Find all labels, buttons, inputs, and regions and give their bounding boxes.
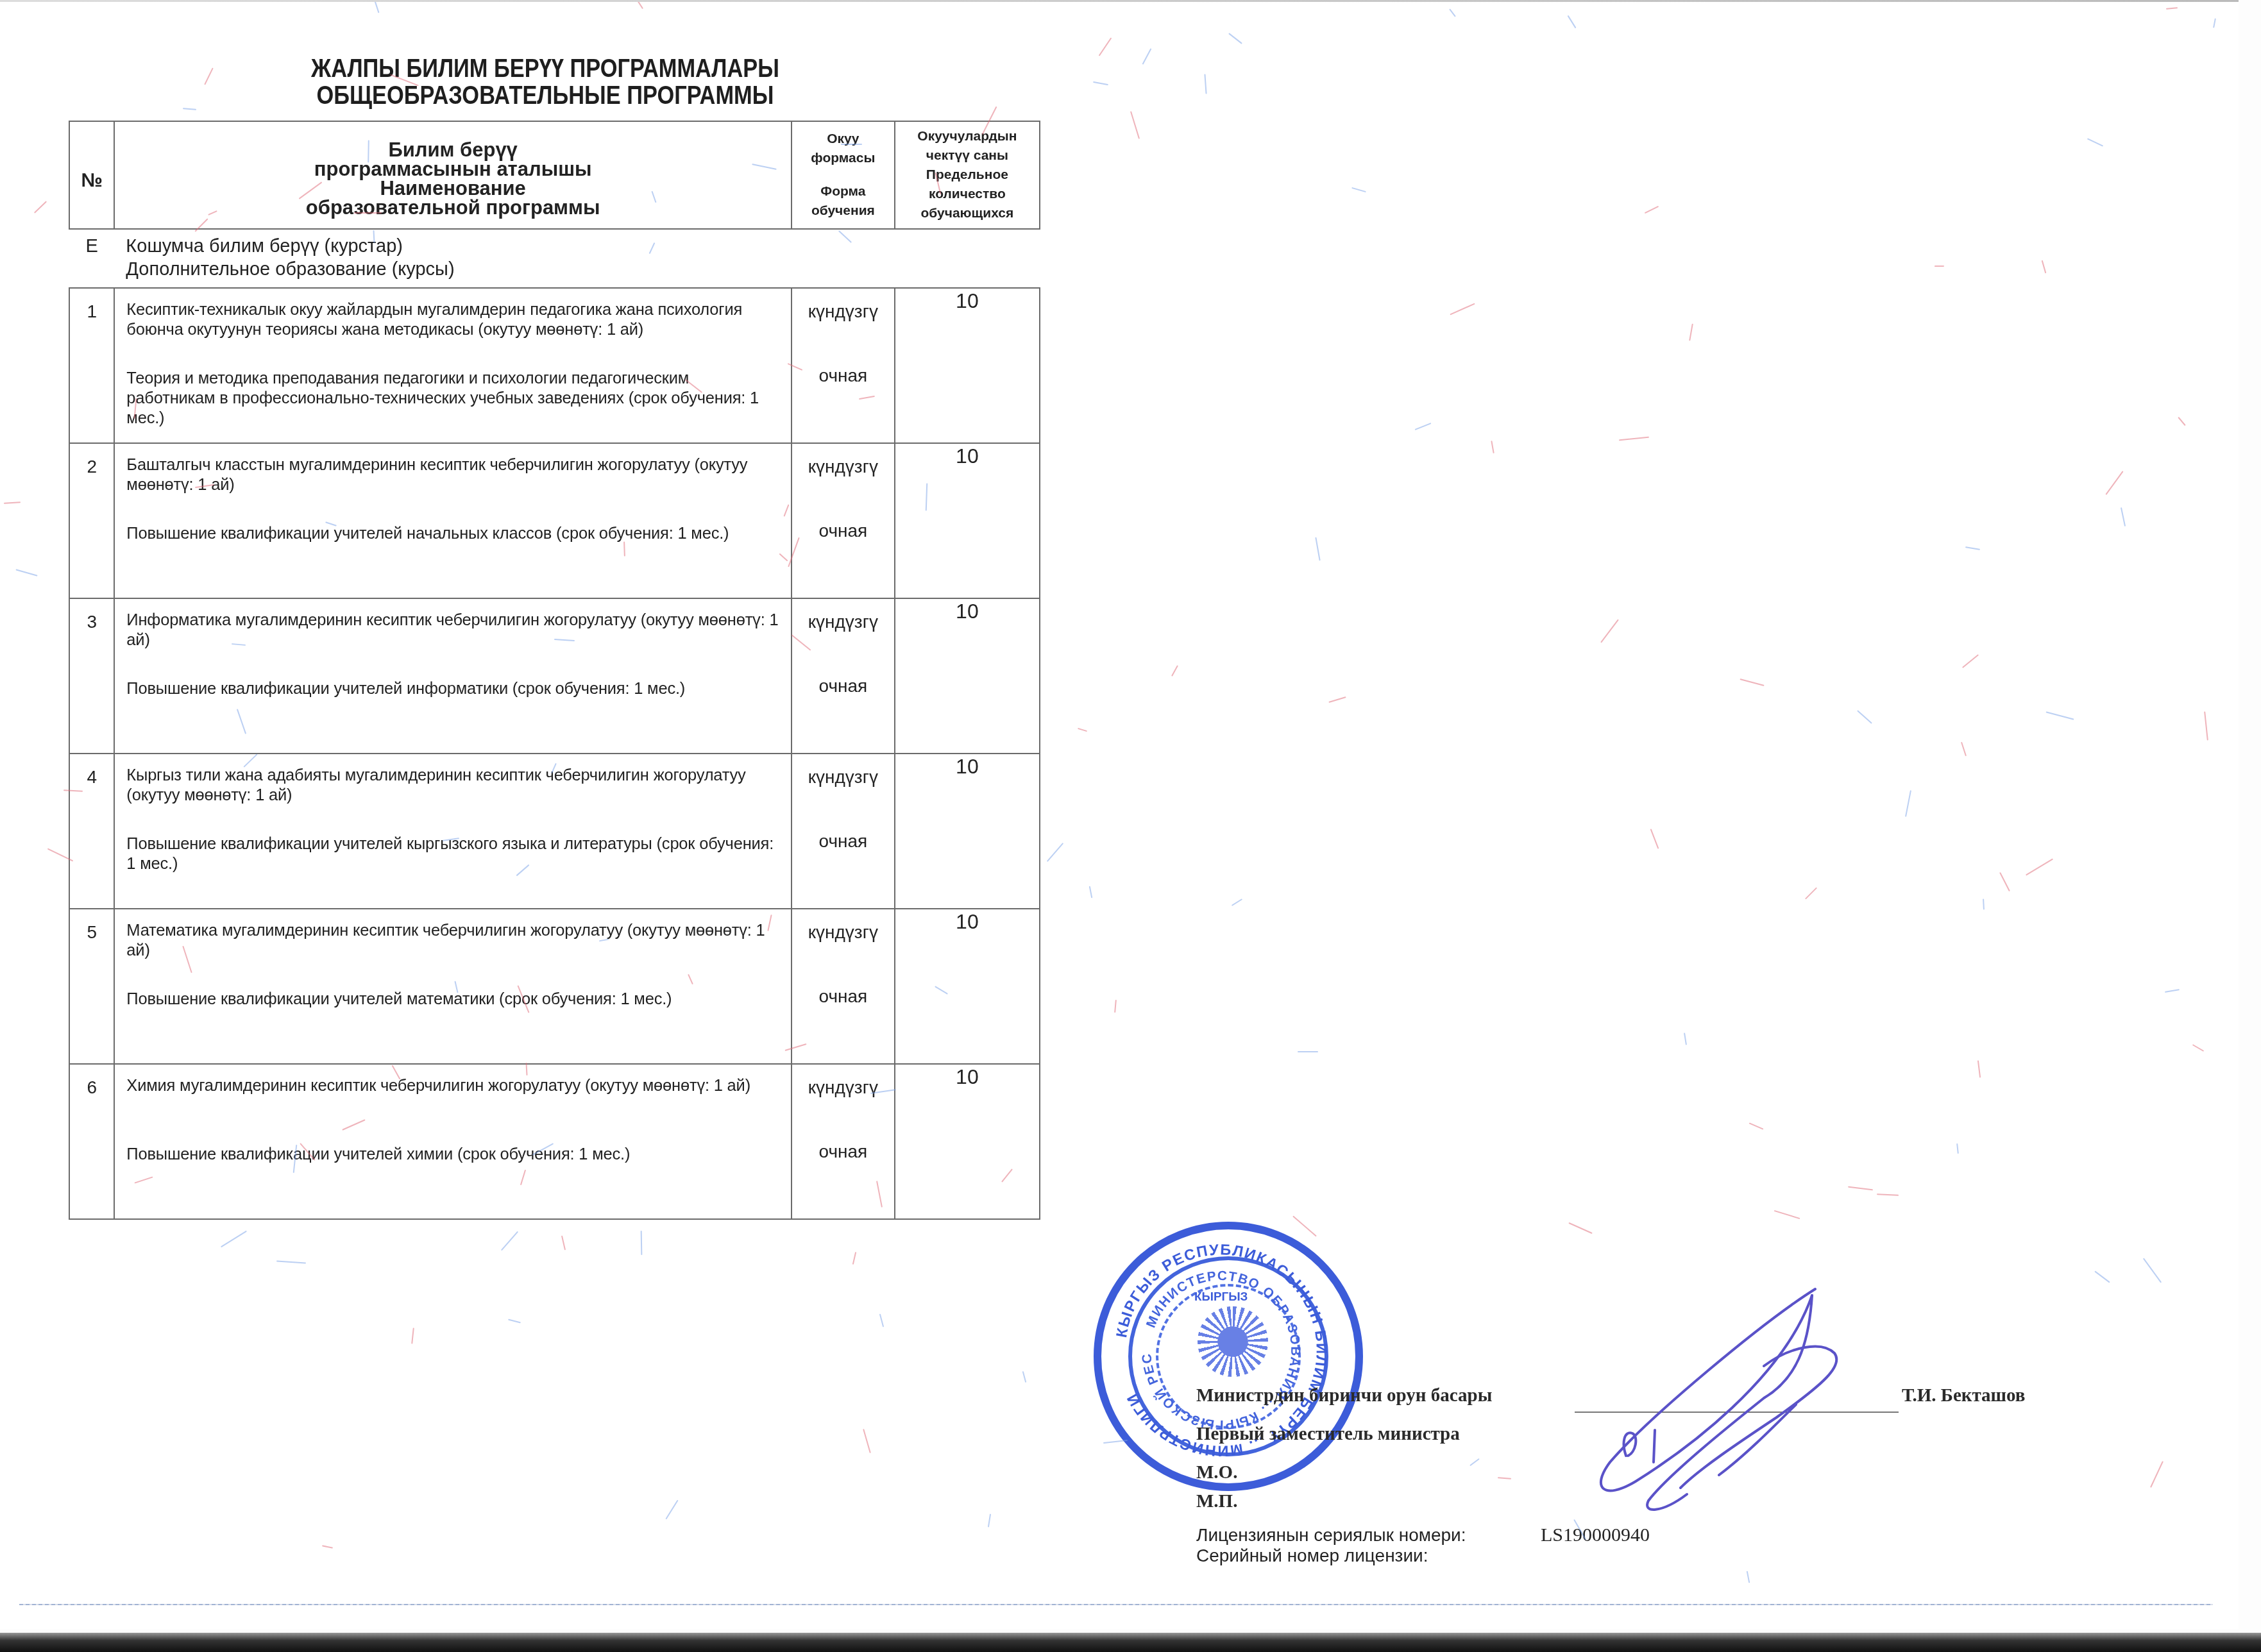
- study-form-ky: күндүзгү: [792, 922, 894, 943]
- header-study-form: Окуу формасы Форма обучения: [792, 121, 895, 229]
- student-limit: 10: [895, 754, 1040, 909]
- student-limit: 10: [895, 909, 1040, 1064]
- document-title: ЖАЛПЫ БИЛИМ БЕРҮҮ ПРОГРАММАЛАРЫ ОБЩЕОБРА…: [192, 55, 898, 109]
- programs-table: № Билим берүү программасынын аталышы Наи…: [69, 121, 1040, 1220]
- program-name-ky: Информатика мугалимдеринин кесиптик чебе…: [126, 611, 779, 671]
- study-form-ky: күндүзгү: [792, 457, 894, 477]
- header-student-limit: Окуучулардын чектүү саны Предельное коли…: [895, 121, 1040, 229]
- header-name-ru-1: Наименование: [115, 179, 791, 198]
- license-serial-block: Лицензиянын сериялык номери: Серийный но…: [1196, 1525, 1466, 1566]
- program-name-ru: Повышение квалификации учителей кыргызск…: [126, 834, 779, 874]
- row-number: 3: [69, 598, 114, 754]
- student-limit: 10: [895, 1064, 1040, 1219]
- program-name: Информатика мугалимдеринин кесиптик чебе…: [114, 598, 792, 754]
- study-form: күндүзгүочная: [792, 754, 895, 909]
- program-name-ru: Повышение квалификации учителей математи…: [126, 990, 779, 1009]
- license-appendix-page: ЖАЛПЫ БИЛИМ БЕРҮҮ ПРОГРАММАЛАРЫ ОБЩЕОБРА…: [0, 0, 2239, 1629]
- section-row: Е Кошумча билим берүү (курстар) Дополнит…: [69, 229, 1040, 288]
- header-form-ky-1: Окуу: [793, 130, 893, 149]
- study-form-ky: күндүзгү: [792, 301, 894, 322]
- scanner-shadow: [0, 1633, 2261, 1652]
- license-serial-label-ru: Серийный номер лицензии:: [1196, 1546, 1466, 1566]
- header-name-ky-1: Билим берүү: [115, 140, 791, 160]
- study-form-ru: очная: [792, 366, 894, 386]
- program-name: Кыргыз тили жана адабияты мугалимдеринин…: [114, 754, 792, 909]
- program-name-ru: Повышение квалификации учителей начальны…: [126, 524, 779, 544]
- table-row: 5Математика мугалимдеринин кесиптик чебе…: [69, 909, 1040, 1064]
- table-row: 4Кыргыз тили жана адабияты мугалимдерини…: [69, 754, 1040, 909]
- license-serial-number: LS190000940: [1541, 1525, 1650, 1546]
- handwritten-signature-icon: [1552, 1270, 1886, 1526]
- section-code: Е: [69, 229, 114, 288]
- license-serial-label-ky: Лицензиянын сериялык номери:: [1196, 1525, 1466, 1546]
- page-bottom-rule: [19, 1604, 2213, 1605]
- table-row: 3Информатика мугалимдеринин кесиптик чеб…: [69, 598, 1040, 754]
- program-name: Башталгыч класстын мугалимдеринин кесипт…: [114, 443, 792, 598]
- table-header-row: № Билим берүү программасынын аталышы Наи…: [69, 121, 1040, 229]
- program-name-ky: Математика мугалимдеринин кесиптик чебер…: [126, 921, 779, 982]
- header-form-ky-2: формасы: [793, 149, 893, 168]
- study-form-ru: очная: [792, 831, 894, 852]
- study-form-ky: күндүзгү: [792, 1077, 894, 1098]
- seal-place-ky: М.О.: [1196, 1462, 1237, 1483]
- header-count-ky-2: чектүү саны: [897, 146, 1038, 165]
- table-row: 1Кесиптик-техникалык окуу жайлардын муга…: [69, 288, 1040, 443]
- program-name: Кесиптик-техникалык окуу жайлардын мугал…: [114, 288, 792, 443]
- program-name-ru: Повышение квалификации учителей информат…: [126, 679, 779, 699]
- program-name-ky: Кыргыз тили жана адабияты мугалимдеринин…: [126, 766, 779, 827]
- program-name-ky: Башталгыч класстын мугалимдеринин кесипт…: [126, 455, 779, 516]
- table-row: 6Химия мугалимдеринин кесиптик чеберчили…: [69, 1064, 1040, 1219]
- study-form-ru: очная: [792, 1142, 894, 1162]
- stamp-center-text: КЫРГЫЗ: [1194, 1290, 1248, 1303]
- header-count-ru-2: количество: [897, 185, 1038, 204]
- official-stamp: КЫРГЫЗ РЕСПУБЛИКАСЫНЫН БИЛИМ БЕРҮҮ ... М…: [1094, 1222, 1363, 1491]
- program-name-ru: Теория и методика преподавания педагогик…: [126, 369, 779, 428]
- row-number: 6: [69, 1064, 114, 1219]
- row-number: 2: [69, 443, 114, 598]
- program-name-ky: Кесиптик-техникалык окуу жайлардын мугал…: [126, 300, 779, 361]
- study-form-ru: очная: [792, 521, 894, 541]
- section-title: Кошумча билим берүү (курстар) Дополнител…: [114, 229, 1040, 288]
- seal-place-ru: М.П.: [1196, 1491, 1237, 1512]
- header-program-name: Билим берүү программасынын аталышы Наиме…: [114, 121, 792, 229]
- student-limit: 10: [895, 443, 1040, 598]
- header-count-ky-1: Окуучулардын: [897, 127, 1038, 146]
- row-number: 4: [69, 754, 114, 909]
- header-name-ky-2: программасынын аталышы: [115, 160, 791, 179]
- title-russian: ОБЩЕОБРАЗОВАТЕЛЬНЫЕ ПРОГРАММЫ: [242, 82, 849, 109]
- program-name-ru: Повышение квалификации учителей химии (с…: [126, 1145, 779, 1165]
- section-title-ru: Дополнительное образование (курсы): [126, 258, 1040, 281]
- study-form: күндүзгүочная: [792, 288, 895, 443]
- study-form: күндүзгүочная: [792, 443, 895, 598]
- header-count-ru-1: Предельное: [897, 165, 1038, 185]
- section-title-ky: Кошумча билим берүү (курстар): [126, 235, 1040, 258]
- row-number: 5: [69, 909, 114, 1064]
- header-form-ru-1: Форма: [793, 182, 893, 201]
- student-limit: 10: [895, 598, 1040, 754]
- header-name-ru-2: образовательной программы: [115, 198, 791, 217]
- row-number: 1: [69, 288, 114, 443]
- study-form-ru: очная: [792, 676, 894, 696]
- signer-name: Т.И. Бекташов: [1902, 1385, 2026, 1406]
- student-limit: 10: [895, 288, 1040, 443]
- study-form-ru: очная: [792, 986, 894, 1007]
- study-form: күндүзгүочная: [792, 598, 895, 754]
- study-form: күндүзгүочная: [792, 909, 895, 1064]
- study-form-ky: күндүзгү: [792, 612, 894, 632]
- header-number: №: [69, 121, 114, 229]
- title-kyrgyz: ЖАЛПЫ БИЛИМ БЕРҮҮ ПРОГРАММАЛАРЫ: [242, 55, 849, 82]
- signer-position-ru: Первый заместитель министра: [1196, 1424, 1460, 1445]
- header-form-ru-2: обучения: [793, 201, 893, 221]
- program-name: Химия мугалимдеринин кесиптик чеберчилиг…: [114, 1064, 792, 1219]
- study-form-ky: күндүзгү: [792, 767, 894, 788]
- program-name-ky: Химия мугалимдеринин кесиптик чеберчилиг…: [126, 1076, 779, 1137]
- table-row: 2Башталгыч класстын мугалимдеринин кесип…: [69, 443, 1040, 598]
- header-count-ru-3: обучающихся: [897, 204, 1038, 223]
- program-name: Математика мугалимдеринин кесиптик чебер…: [114, 909, 792, 1064]
- signer-position-ky: Министрдин биринчи орун басары: [1196, 1385, 1492, 1406]
